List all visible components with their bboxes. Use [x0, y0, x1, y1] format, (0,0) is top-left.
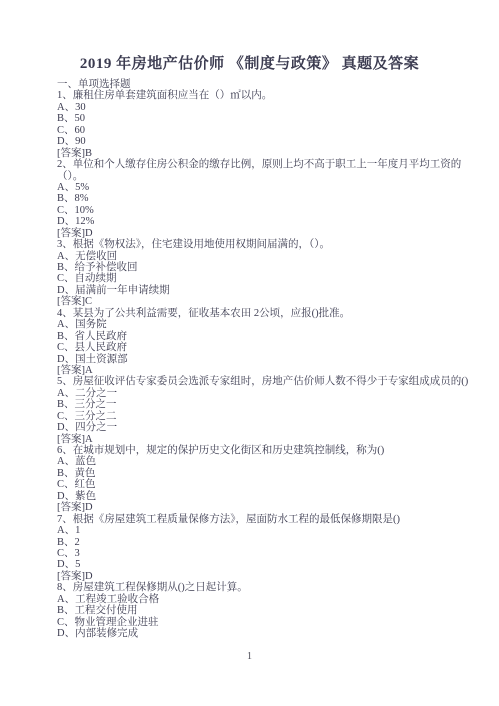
- answer-line: [答案]A: [57, 434, 489, 445]
- question-stem: 6、在城市规划中，规定的保护历史文化街区和历史建筑控制线，称为(): [57, 445, 489, 456]
- question-stem: 8、房屋建筑工程保修期从()之日起计算。: [57, 582, 489, 593]
- question-stem: 5、房屋征收评估专家委员会选派专家组时，房地产估价师人数不得少于专家组成成员的(…: [57, 376, 489, 387]
- answer-line: [答案]D: [57, 571, 489, 582]
- option-line: A、30: [57, 102, 489, 113]
- document-title: 2019 年房地产估价师 《制度与政策》 真题及答案: [0, 52, 499, 73]
- option-line: C、物业管理企业进驻: [57, 617, 489, 628]
- option-line: D、四分之一: [57, 422, 489, 433]
- question-stem: 4、某县为了公共利益需要，征收基本农田 2公顷，应报()批准。: [57, 308, 489, 319]
- page-number: 1: [0, 651, 499, 662]
- option-line: C、自动续期: [57, 273, 489, 284]
- option-line: A、国务院: [57, 319, 489, 330]
- option-line: C、县人民政府: [57, 342, 489, 353]
- option-line: D、内部装修完成: [57, 628, 489, 639]
- question-stem: （）。: [57, 171, 489, 182]
- option-line: B、50: [57, 113, 489, 124]
- option-line: A、蓝色: [57, 456, 489, 467]
- option-line: C、3: [57, 548, 489, 559]
- option-line: C、红色: [57, 479, 489, 490]
- question-stem: 7、根据《房屋建筑工程质量保修方法》，屋面防水工程的最低保修期限是(): [57, 514, 489, 525]
- option-line: B、工程交付使用: [57, 605, 489, 616]
- option-line: B、省人民政府: [57, 331, 489, 342]
- option-line: C、60: [57, 125, 489, 136]
- answer-line: [答案]C: [57, 296, 489, 307]
- option-line: B、2: [57, 537, 489, 548]
- answer-line: [答案]D: [57, 228, 489, 239]
- option-line: B、三分之一: [57, 399, 489, 410]
- answer-line: [答案]D: [57, 502, 489, 513]
- answer-line: [答案]B: [57, 148, 489, 159]
- question-stem: 3、根据《物权法》，住宅建设用地使用权期间届满的，（）。: [57, 239, 489, 250]
- option-line: A、无偿收回: [57, 251, 489, 262]
- option-line: B、8%: [57, 193, 489, 204]
- option-line: D、国土资源部: [57, 354, 489, 365]
- option-line: D、5: [57, 559, 489, 570]
- option-line: A、二分之一: [57, 388, 489, 399]
- option-line: A、工程竣工验收合格: [57, 594, 489, 605]
- option-line: D、12%: [57, 216, 489, 227]
- option-line: B、黄色: [57, 468, 489, 479]
- section-header: 一、单项选择题: [57, 79, 489, 90]
- answer-line: [答案]A: [57, 365, 489, 376]
- option-line: C、三分之二: [57, 411, 489, 422]
- option-line: B、给予补偿收回: [57, 262, 489, 273]
- question-stem: 2、单位和个人缴存住房公积金的缴存比例，原则上均不高于职工上一年度月平均工资的: [57, 159, 489, 170]
- document-body: 一、单项选择题 1、廉租住房单套建筑面积应当在（）㎡以内。A、30B、50C、6…: [57, 79, 489, 639]
- option-line: C、10%: [57, 205, 489, 216]
- option-line: A、1: [57, 525, 489, 536]
- option-line: D、届满前一年申请续期: [57, 285, 489, 296]
- option-line: A、5%: [57, 182, 489, 193]
- option-line: D、90: [57, 136, 489, 147]
- question-stem: 1、廉租住房单套建筑面积应当在（）㎡以内。: [57, 90, 489, 101]
- option-line: D、紫色: [57, 491, 489, 502]
- document-page: 2019 年房地产估价师 《制度与政策》 真题及答案 一、单项选择题 1、廉租住…: [0, 0, 499, 706]
